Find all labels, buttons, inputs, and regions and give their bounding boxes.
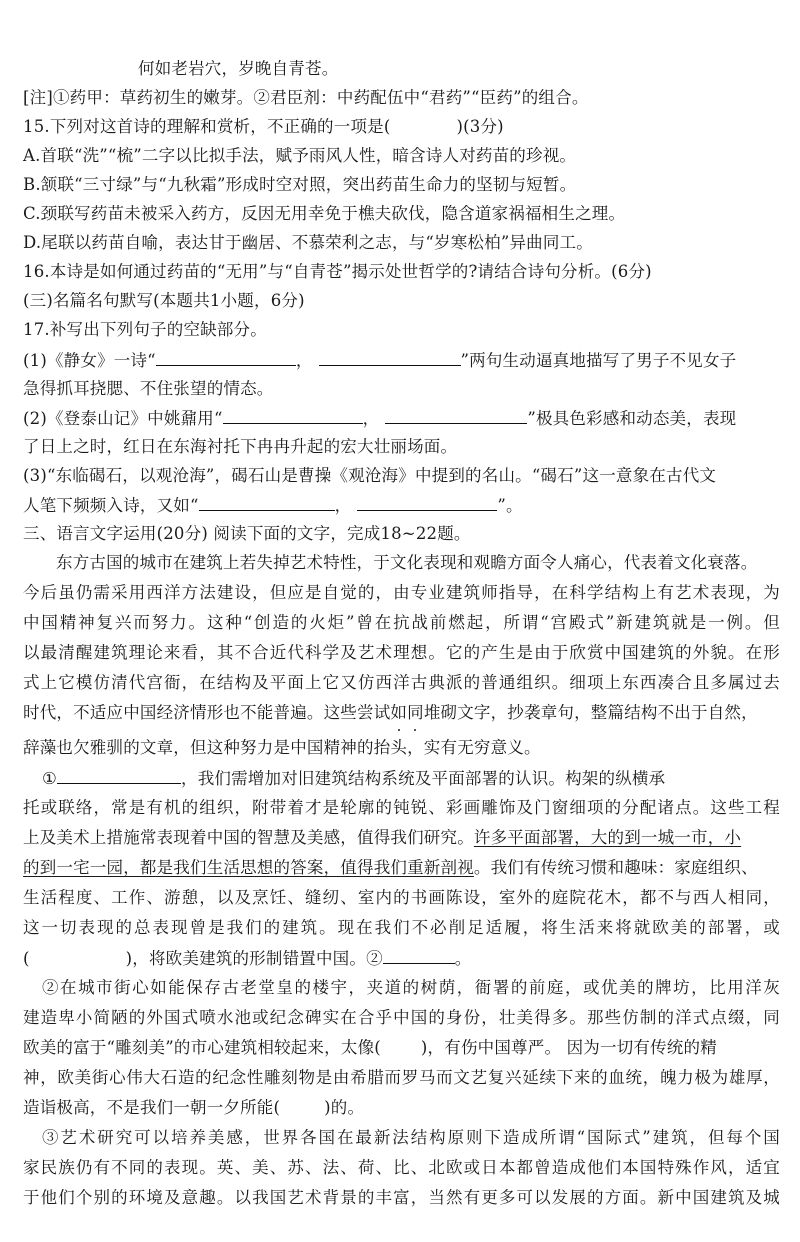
answer-blank-1[interactable] [57, 767, 181, 784]
q17-item2-suffix: ”极具色彩感和动态美，表现 [527, 409, 736, 428]
answer-blank[interactable] [223, 407, 363, 424]
answer-blank[interactable] [199, 494, 335, 511]
comma: ， [335, 496, 352, 515]
q17-item3-prefix: 人笔下频频入诗，又如“ [23, 496, 199, 515]
text: )，有伤中国尊严。 因为一切有传统的精 [421, 1038, 717, 1057]
emphasized-char: 同 [407, 703, 424, 722]
question-15-stem: 15.下列对这首诗的理解和赏析，不正确的一项是()(3分) [23, 116, 504, 138]
q17-item2-prefix: (2)《登泰山记》中姚鼐用“ [23, 409, 223, 428]
text: )，将欧美建筑的形制错置中国。② [126, 949, 383, 968]
question-17-stem: 17.补写出下列句子的空缺部分。 [23, 319, 267, 341]
q17-item-1-cont: 急得抓耳挠腮、不住张望的情态。 [23, 378, 274, 400]
q15-stem-suffix: )(3分) [456, 117, 503, 136]
passage-p1-line1: 东方古国的城市在建筑上若失掉艺术特性，于文化表现和观瞻方面令人痛心，代表着文化衰… [56, 552, 757, 574]
exam-page: 何如老岩穴，岁晚自青苍。 [注]①药甲：草药初生的嫩芽。②君臣剂：中药配伍中“君… [0, 0, 800, 1242]
blank-marker-1: ① [42, 769, 57, 788]
passage-p2-line2: 托或联络，常是有机的组织，附带着才是轮廓的钝锐、彩画雕饰及门窗细项的分配诸点。这… [23, 797, 780, 819]
text: ，我们需增加对旧建筑结构系统及平面部署的认识。构架的纵横承 [181, 769, 665, 788]
passage-p2-line5: 生活程度、工作、游憩，以及烹饪、缝纫、室内的书画陈设，室外的庭院花木，都不与西人… [23, 887, 780, 909]
underlined-sentence: 的到一宅一园，都是我们生活思想的答案，值得我们重新剖视 [23, 858, 474, 877]
answer-blank[interactable] [385, 407, 527, 424]
text: 。我们有传统习惯和趣味：家庭组织、 [474, 858, 758, 877]
q17-item1-prefix: (1)《静女》一诗“ [23, 351, 156, 370]
passage-p2-line6: 这一切表现的总表现曾是我们的建筑。现在我们不必削足适履，将生活来将就欧美的部署，… [23, 917, 780, 939]
answer-blank[interactable] [156, 349, 296, 366]
passage-p3-line1: ②在城市街心如能保存古老堂皇的楼宇，夹道的树荫，衙署的前庭，或优美的牌坊，比用洋… [42, 977, 780, 999]
passage-p1-line5: 式上它模仿清代宫衙，在结构及平面上它又仿西洋古典派的普通组织。细项上东西凑合且多… [23, 672, 780, 694]
answer-blank[interactable] [319, 349, 461, 366]
text: 堆砌文字，抄袭章句，整篇结构不出于自然， [424, 703, 758, 722]
text: 。 [455, 949, 472, 968]
q17-item-2: (2)《登泰山记》中姚鼐用“，”极具色彩感和动态美，表现 [23, 407, 736, 430]
answer-blank-2[interactable] [383, 947, 455, 964]
passage-p4-line1: ③艺术研究可以培养美感，世界各国在最新法结构原则下造成所谓“国际式”建筑，但每个… [42, 1127, 780, 1149]
passage-p2-line7: ()，将欧美建筑的形制错置中国。②。 [23, 947, 471, 970]
passage-p2-line4: 的到一宅一园，都是我们生活思想的答案，值得我们重新剖视。我们有传统习惯和趣味：家… [23, 857, 758, 879]
q15-option-a: A.首联“洗”“梳”二字以比拟手法，赋予雨风人性，暗含诗人对药苗的珍视。 [23, 145, 576, 167]
comma: ， [296, 351, 313, 370]
passage-p3-line2: 建造卑小简陋的外国式喷水池或纪念碑实在合乎中国的身份，壮美得多。那些仿制的洋式点… [23, 1007, 780, 1029]
passage-p4-line2: 家民族仍有不同的表现。英、美、苏、法、荷、比、北欧或日本都曾造成他们本国特殊作风… [23, 1157, 780, 1179]
passage-p1-line2: 今后虽仍需采用西洋方法建设，但应是自觉的，由专业建筑师指导，在科学结构上有艺术表… [23, 582, 780, 604]
emphasized-char: 如 [390, 703, 407, 722]
passage-p2-line1: ①，我们需增加对旧建筑结构系统及平面部署的认识。构架的纵横承 [42, 767, 665, 790]
part-3-title: 三、语言文字运用(20分) 阅读下面的文字，完成18~22题。 [23, 523, 471, 545]
answer-blank[interactable] [357, 494, 497, 511]
passage-p3-line4: 神，欧美街心伟大石造的纪念性雕刻物是由希腊而罗马而文艺复兴延续下来的血统，魄力极… [23, 1067, 780, 1089]
text: 时代，不适应中国经济情形也不能普遍。这些尝试 [23, 703, 390, 722]
text: 上及美术上措施常表现着中国的智慧及美感，值得我们研究。 [23, 828, 474, 847]
passage-p1-line4: 以最清醒建筑理论来看，其不合近代科学及艺术理想。它的产生是由于欣赏中国建筑的外貌… [23, 642, 780, 664]
paren-open: ( [23, 949, 30, 968]
passage-p2-line3: 上及美术上措施常表现着中国的智慧及美感，值得我们研究。许多平面部署，大的到一城一… [23, 827, 741, 849]
q17-item-3-line2: 人笔下频频入诗，又如“，”。 [23, 494, 523, 517]
comma: ， [363, 409, 380, 428]
passage-p1-line7: 辞藻也欠雅驯的文章，但这种努力是中国精神的抬头，实有无穷意义。 [23, 737, 541, 759]
text: 欧美的富于“雕刻美”的市心建筑相较起来，太像( [23, 1038, 381, 1057]
q17-item3-suffix: ”。 [497, 496, 522, 515]
q15-option-d: D.尾联以药苗自喻，表达甘于幽居、不慕荣利之志，与“岁寒松柏”异曲同工。 [23, 232, 593, 254]
underlined-sentence: 许多平面部署，大的到一城一市，小 [474, 828, 741, 847]
q15-option-b: B.颔联“三寸绿”与“九秋霜”形成时空对照，突出药苗生命力的坚韧与短暂。 [23, 174, 576, 196]
passage-p4-line3: 于他们个别的环境及意趣。以我国艺术背景的丰富，当然有更多可以发展的方面。新中国建… [23, 1187, 780, 1209]
question-16-stem: 16.本诗是如何通过药苗的“无用”与“自青苍”揭示处世哲学的?请结合诗句分析。(… [23, 261, 652, 283]
q17-item-3-line1: (3)“东临碣石，以观沧海”，碣石山是曹操《观沧海》中提到的名山。“碣石”这一意… [23, 465, 716, 487]
poem-note: [注]①药甲：草药初生的嫩芽。②君臣剂：中药配伍中“君药”“臣药”的组合。 [23, 87, 589, 109]
text: 造诣极高，不是我们一朝一夕所能( [23, 1098, 280, 1117]
q17-item1-suffix: ”两句生动逼真地描写了男子不见女子 [461, 351, 737, 370]
text: )的。 [324, 1098, 364, 1117]
poem-last-line: 何如老岩穴，岁晚自青苍。 [138, 58, 338, 80]
passage-p1-line6: 时代，不适应中国经济情形也不能普遍。这些尝试如同堆砌文字，抄袭章句，整篇结构不出… [23, 702, 758, 724]
section-3-title: (三)名篇名句默写(本题共1小题，6分) [23, 290, 305, 312]
q17-item-1: (1)《静女》一诗“，”两句生动逼真地描写了男子不见女子 [23, 349, 736, 372]
q15-stem-prefix: 15.下列对这首诗的理解和赏析，不正确的一项是( [23, 117, 390, 136]
passage-p3-line5: 造诣极高，不是我们一朝一夕所能()的。 [23, 1097, 364, 1119]
passage-p1-line3: 中国精神复兴而努力。这种“创造的火炬”曾在抗战前燃起，所谓“宫殿式”新建筑就是一… [23, 612, 780, 634]
passage-p3-line3: 欧美的富于“雕刻美”的市心建筑相较起来，太像()，有伤中国尊严。 因为一切有传统… [23, 1037, 717, 1059]
q15-option-c: C.颈联写药苗未被采入药方，反因无用幸免于樵夫砍伐，隐含道家祸福相生之理。 [23, 203, 625, 225]
q17-item-2-cont: 了日上之时，红日在东海衬托下冉冉升起的宏大壮丽场面。 [23, 436, 457, 458]
